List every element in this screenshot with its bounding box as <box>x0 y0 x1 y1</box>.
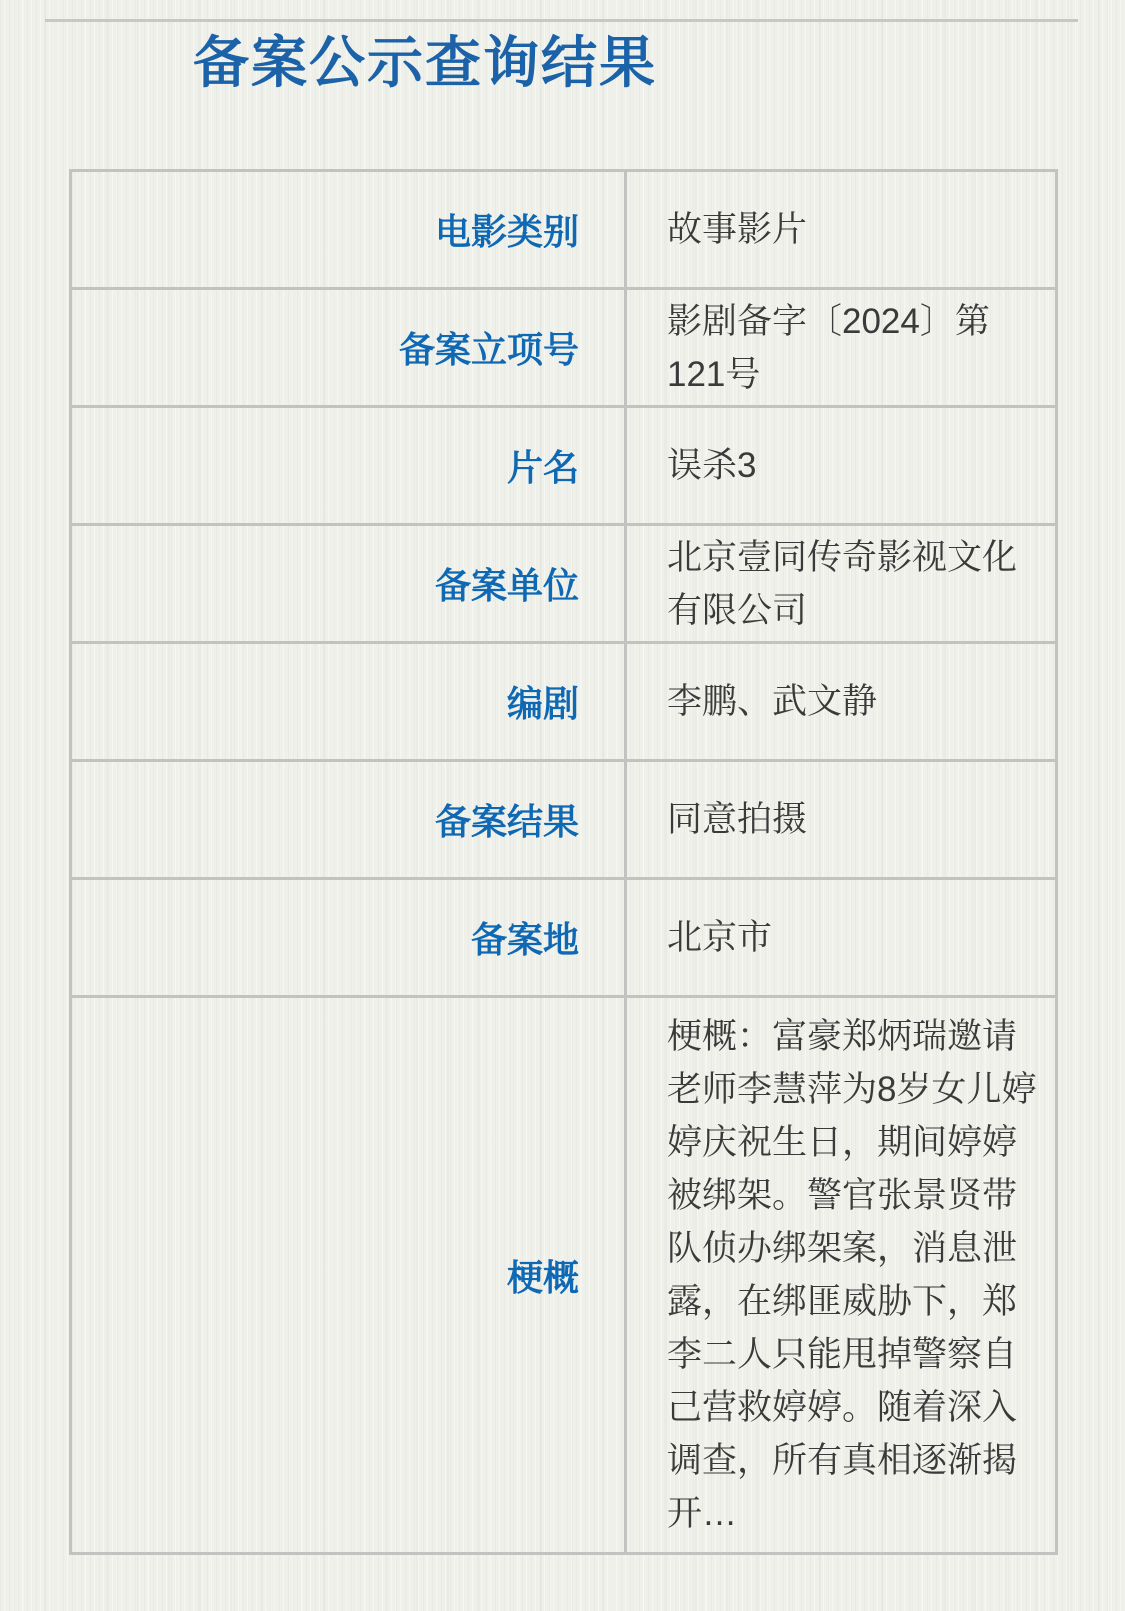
table-row-registration-result: 备案结果 同意拍摄 <box>72 762 1055 880</box>
result-table: 电影类别 故事影片 备案立项号 影剧备字〔2024〕第 121号 片名 误杀3 … <box>69 169 1058 1555</box>
table-row-registration-number: 备案立项号 影剧备字〔2024〕第 121号 <box>72 290 1055 408</box>
table-row-synopsis: 梗概 梗概：富豪郑炳瑞邀请 老师李慧萍为8岁女儿婷 婷庆祝生日，期间婷婷 被绑架… <box>72 998 1055 1552</box>
row-label: 备案地 <box>72 880 627 995</box>
table-row-screenwriter: 编剧 李鹏、武文静 <box>72 644 1055 762</box>
row-value: 影剧备字〔2024〕第 121号 <box>627 290 1055 405</box>
row-value: 北京市 <box>627 880 1055 995</box>
row-value: 北京壹同传奇影视文化 有限公司 <box>627 526 1055 641</box>
row-label: 片名 <box>72 408 627 523</box>
page-title: 备案公示查询结果 <box>193 24 657 102</box>
row-label: 备案立项号 <box>72 290 627 405</box>
row-label: 备案结果 <box>72 762 627 877</box>
top-divider-line <box>45 19 1078 22</box>
row-value: 故事影片 <box>627 172 1055 287</box>
row-value: 误杀3 <box>627 408 1055 523</box>
table-row-registration-place: 备案地 北京市 <box>72 880 1055 998</box>
table-row-film-title: 片名 误杀3 <box>72 408 1055 526</box>
row-value: 同意拍摄 <box>627 762 1055 877</box>
row-label: 备案单位 <box>72 526 627 641</box>
page-background: 备案公示查询结果 电影类别 故事影片 备案立项号 影剧备字〔2024〕第 121… <box>0 0 1125 1611</box>
row-value: 李鹏、武文静 <box>627 644 1055 759</box>
table-row-registration-unit: 备案单位 北京壹同传奇影视文化 有限公司 <box>72 526 1055 644</box>
row-label: 编剧 <box>72 644 627 759</box>
row-value: 梗概：富豪郑炳瑞邀请 老师李慧萍为8岁女儿婷 婷庆祝生日，期间婷婷 被绑架。警官… <box>627 998 1055 1552</box>
row-label: 梗概 <box>72 998 627 1552</box>
table-row-film-category: 电影类别 故事影片 <box>72 172 1055 290</box>
row-label: 电影类别 <box>72 172 627 287</box>
